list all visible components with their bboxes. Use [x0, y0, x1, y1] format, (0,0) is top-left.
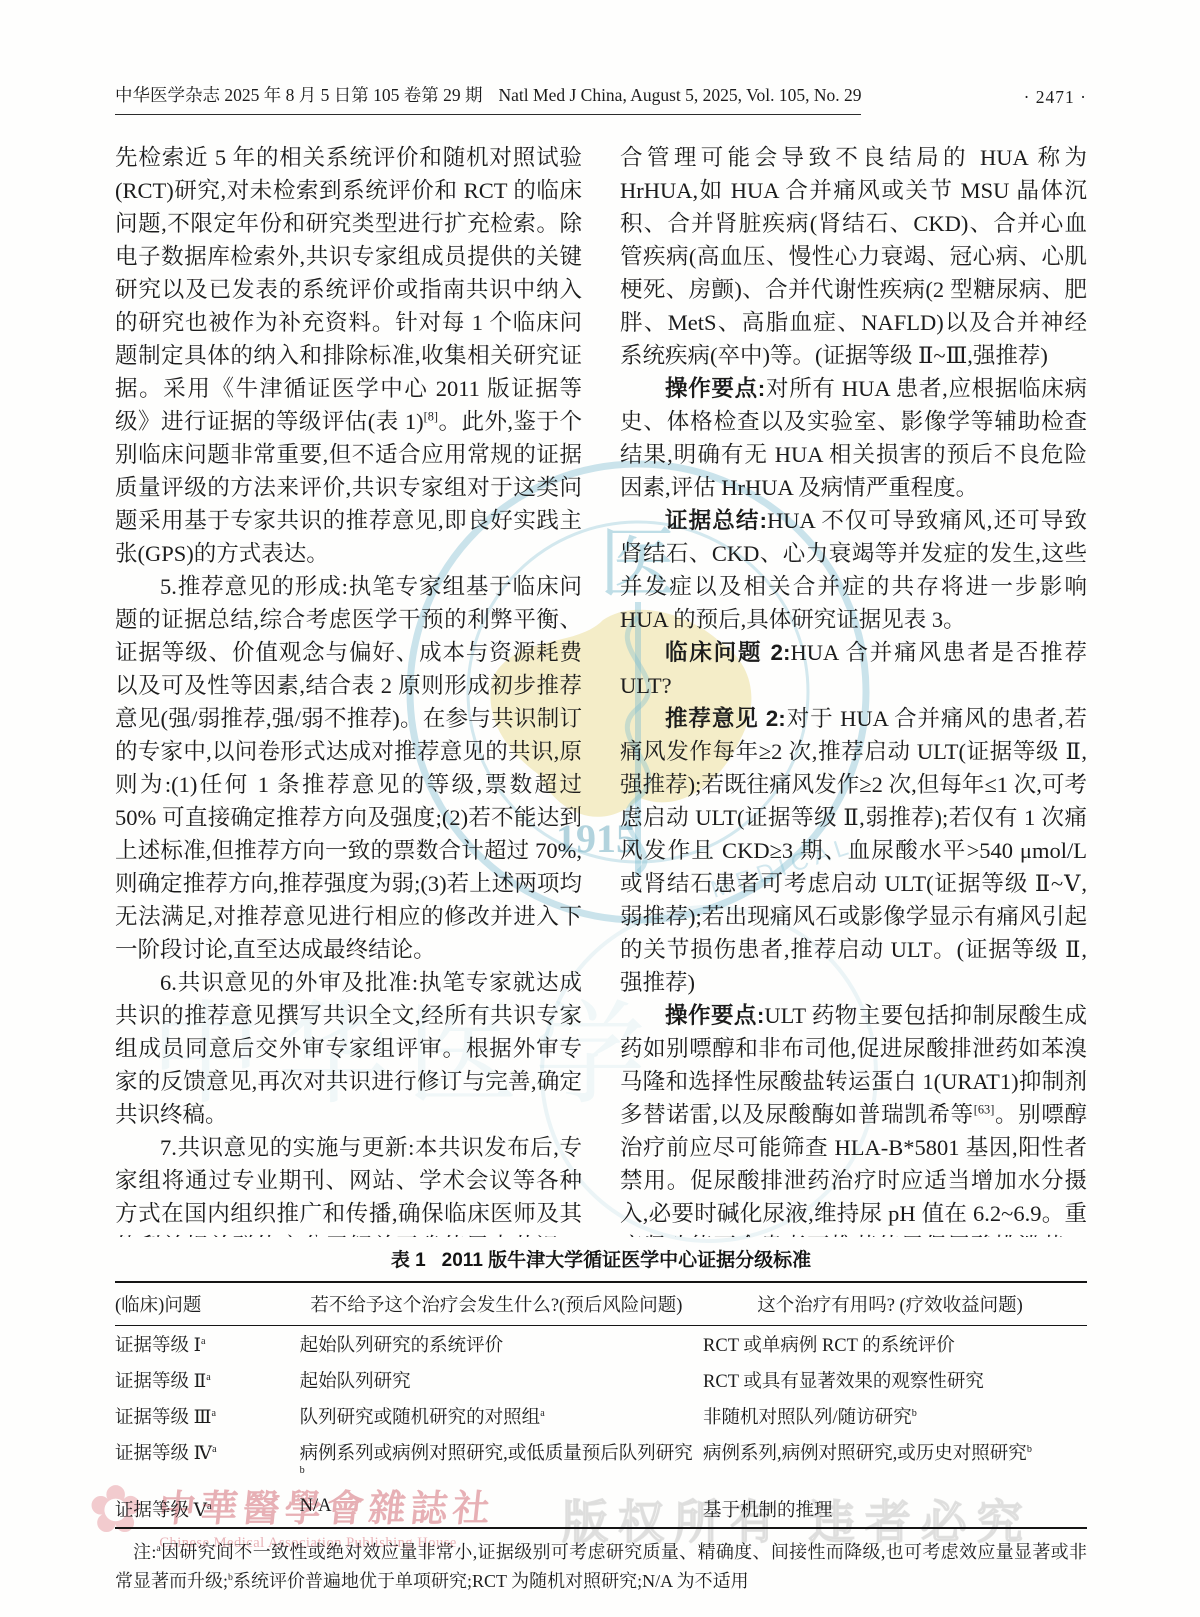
table-title-text: 2011 版牛津大学循证医学中心证据分级标准 [442, 1250, 812, 1271]
table-label: 表 1 [391, 1250, 426, 1271]
table-header-row: (临床)问题若不给予这个治疗会发生什么?(预后风险问题)这个治疗有用吗? (疗效… [115, 1282, 1087, 1326]
table-cell: 非随机对照队列/随访研究b [703, 1398, 1087, 1434]
table-row: 证据等级 Ⅳa病例系列或病例对照研究,或低质量预后队列研究b病例系列,病例对照研… [115, 1434, 1087, 1491]
table-row: 证据等级 Ⅲa队列研究或随机研究的对照组a非随机对照队列/随访研究b [115, 1398, 1087, 1434]
paragraph: 先检索近 5 年的相关系统评价和随机对照试验(RCT)研究,对未检索到系统评价和… [115, 141, 582, 570]
journal-title-cn: 中华医学杂志 2025 年 8 月 5 日第 105 卷第 29 期 [115, 85, 483, 105]
table-cell: 基于机制的推理 [703, 1491, 1087, 1528]
table-cell: RCT 或具有显著效果的观察性研究 [703, 1362, 1087, 1398]
journal-title-en: Natl Med J China, August 5, 2025, Vol. 1… [499, 85, 862, 105]
table-row: 证据等级 Ⅱa起始队列研究RCT 或具有显著效果的观察性研究 [115, 1362, 1087, 1398]
table-cell: 证据等级 Ⅰa [115, 1326, 300, 1363]
table-cell: 证据等级 Ⅳa [115, 1434, 300, 1491]
article-body: 先检索近 5 年的相关系统评价和随机对照试验(RCT)研究,对未检索到系统评价和… [115, 141, 1087, 1237]
paragraph: 6.共识意见的外审及批准:执笔专家就达成共识的推荐意见撰写共识全文,经所有共识专… [115, 966, 582, 1131]
journal-masthead: 中华医学杂志 2025 年 8 月 5 日第 105 卷第 29 期Natl M… [115, 82, 861, 115]
table-cell: 证据等级 Ⅴa [115, 1491, 300, 1528]
paragraph: 临床问题 2:HUA 合并痛风患者是否推荐 ULT? [620, 636, 1087, 702]
table-cell: 队列研究或随机研究的对照组a [300, 1398, 703, 1434]
table-note: 注:a因研究间不一致性或绝对效应量非常小,证据级别可考虑研究质量、精确度、间接性… [115, 1538, 1087, 1596]
table-cell: 病例系列或病例对照研究,或低质量预后队列研究b [300, 1434, 703, 1491]
page-header: 中华医学杂志 2025 年 8 月 5 日第 105 卷第 29 期Natl M… [115, 82, 1087, 115]
table-cell: N/A [300, 1491, 703, 1528]
paragraph: 操作要点:对所有 HUA 患者,应根据临床病史、体格检查以及实验室、影像学等辅助… [620, 372, 1087, 504]
paragraph: 推荐意见 2:对于 HUA 合并痛风的患者,若痛风发作每年≥2 次,推荐启动 U… [620, 702, 1087, 999]
left-column: 先检索近 5 年的相关系统评价和随机对照试验(RCT)研究,对未检索到系统评价和… [115, 141, 582, 1237]
table-title: 表 12011 版牛津大学循证医学中心证据分级标准 [115, 1245, 1087, 1272]
right-column: 合管理可能会导致不良结局的 HUA 称为 HrHUA,如 HUA 合并痛风或关节… [620, 141, 1087, 1237]
table-column-header: 这个治疗有用吗? (疗效收益问题) [703, 1282, 1087, 1326]
paragraph: 证据总结:HUA 不仅可导致痛风,还可导致肾结石、CKD、心力衰竭等并发症的发生… [620, 504, 1087, 636]
table-row: 证据等级 Ⅰa起始队列研究的系统评价RCT 或单病例 RCT 的系统评价 [115, 1326, 1087, 1363]
table-column-header: (临床)问题 [115, 1282, 300, 1326]
table-column-header: 若不给予这个治疗会发生什么?(预后风险问题) [300, 1282, 703, 1326]
paragraph: 操作要点:ULT 药物主要包括抑制尿酸生成药如别嘌醇和非布司他,促进尿酸排泄药如… [620, 999, 1087, 1237]
table-cell: 病例系列,病例对照研究,或历史对照研究b [703, 1434, 1087, 1491]
paragraph: 合管理可能会导致不良结局的 HUA 称为 HrHUA,如 HUA 合并痛风或关节… [620, 141, 1087, 372]
evidence-table: (临床)问题若不给予这个治疗会发生什么?(预后风险问题)这个治疗有用吗? (疗效… [115, 1281, 1087, 1529]
table-cell: 起始队列研究的系统评价 [300, 1326, 703, 1363]
page-number: · 2471 · [1024, 87, 1087, 115]
table-cell: 证据等级 Ⅲa [115, 1398, 300, 1434]
evidence-table-section: 表 12011 版牛津大学循证医学中心证据分级标准 (临床)问题若不给予这个治疗… [115, 1245, 1087, 1596]
journal-page: 医 1915 MEDICAL 中华医学 中华医学杂志 2025 年 8 月 5 … [0, 0, 1200, 1617]
table-cell: RCT 或单病例 RCT 的系统评价 [703, 1326, 1087, 1363]
paragraph: 5.推荐意见的形成:执笔专家组基于临床问题的证据总结,综合考虑医学干预的利弊平衡… [115, 570, 582, 966]
table-cell: 证据等级 Ⅱa [115, 1362, 300, 1398]
paragraph: 7.共识意见的实施与更新:本共识发布后,专家组将通过专业期刊、网站、学术会议等各… [115, 1131, 582, 1237]
table-row: 证据等级 ⅤaN/A基于机制的推理 [115, 1491, 1087, 1528]
table-cell: 起始队列研究 [300, 1362, 703, 1398]
